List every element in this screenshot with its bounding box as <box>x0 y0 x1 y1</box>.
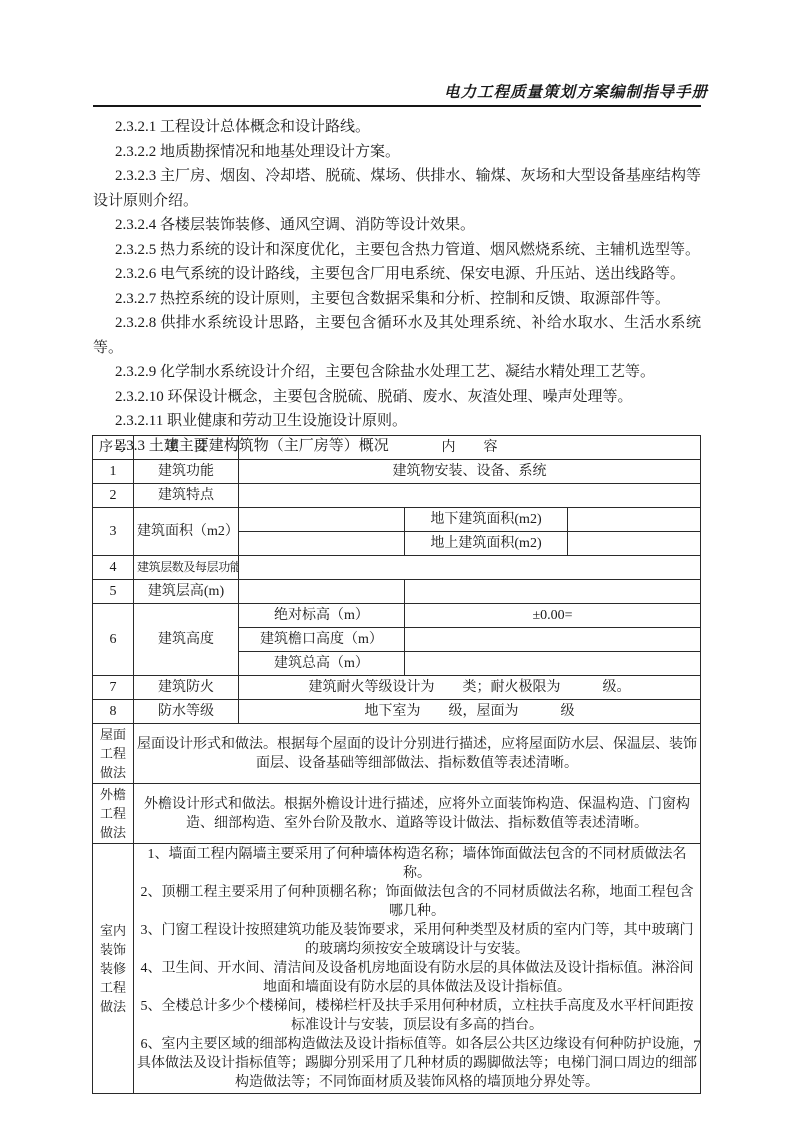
cell-r6-abs-label: 绝对标高（m） <box>239 604 405 628</box>
paragraph-2326: 2.3.2.6 电气系统的设计路线，主要包含厂用电系统、保安电源、升压站、送出线… <box>93 262 701 287</box>
table-row-2: 2 建筑特点 <box>93 484 701 508</box>
cell-r3-no: 3 <box>93 508 134 556</box>
cell-r3-below-value <box>568 508 701 532</box>
cell-r2-no: 2 <box>93 484 134 508</box>
table-row-interior: 室内装饰装修工程做法 1、墙面工程内隔墙主要采用了何种墙体构造名称；墙体饰面做法… <box>93 844 701 1094</box>
cell-r4-content <box>239 556 701 580</box>
cell-r3-below-label: 地下建筑面积(m2) <box>405 508 568 532</box>
cell-roof-label: 屋面工程做法 <box>93 724 134 784</box>
cell-r1-content: 建筑物安装、设备、系统 <box>239 460 701 484</box>
cell-interior-content: 1、墙面工程内隔墙主要采用了何种墙体构造名称；墙体饰面做法包含的不同材质做法名称… <box>134 844 701 1094</box>
cell-r6-total-value <box>405 652 701 676</box>
cell-r5-blank-left <box>239 580 405 604</box>
cell-r3-above-label: 地上建筑面积(m2) <box>405 532 568 556</box>
cell-r7-item: 建筑防火 <box>134 676 239 700</box>
cell-interior-label: 室内装饰装修工程做法 <box>93 844 134 1094</box>
cell-r3-blank-left <box>239 508 405 532</box>
cell-r6-no: 6 <box>93 604 134 676</box>
table-row-1: 1 建筑功能 建筑物安装、设备、系统 <box>93 460 701 484</box>
table-row-eaves: 外檐工程做法 外檐设计形式和做法。根据外檐设计进行描述，应将外立面装饰构造、保温… <box>93 784 701 844</box>
cell-r6-abs-value: ±0.00= <box>405 604 701 628</box>
cell-r2-content <box>239 484 701 508</box>
cell-r3-above-value <box>568 532 701 556</box>
table-row-8: 8 防水等级 地下室为 级，屋面为 级 <box>93 700 701 724</box>
cell-r3-item: 建筑面积（m2） <box>134 508 239 556</box>
cell-r1-item: 建筑功能 <box>134 460 239 484</box>
paragraph-2328: 2.3.2.8 供排水系统设计思路，主要包含循环水及其处理系统、补给水取水、生活… <box>93 311 701 360</box>
cell-r7-no: 7 <box>93 676 134 700</box>
paragraph-2324: 2.3.2.4 各楼层装饰装修、通风空调、消防等设计效果。 <box>93 213 701 238</box>
paragraph-2322: 2.3.2.2 地质勘探情况和地基处理设计方案。 <box>93 140 701 165</box>
interior-item-5: 5、全楼总计多少个楼梯间，楼梯栏杆及扶手采用何种材质，立柱扶手高度及水平杆间距按… <box>137 997 697 1035</box>
cell-r6-eave-value <box>405 628 701 652</box>
cell-r6-item: 建筑高度 <box>134 604 239 676</box>
running-header-title: 电力工程质量策划方案编制指导手册 <box>93 80 708 102</box>
interior-item-2: 2、顶棚工程主要采用了何种顶棚名称；饰面做法包含的不同材质做法名称，地面工程包含… <box>137 883 697 921</box>
table-row-5: 5 建筑层高(m) <box>93 580 701 604</box>
cell-r4-item: 建筑层数及每层功能 <box>134 556 239 580</box>
cell-r5-blank-right <box>405 580 701 604</box>
interior-item-1: 1、墙面工程内隔墙主要采用了何种墙体构造名称；墙体饰面做法包含的不同材质做法名称… <box>137 845 697 883</box>
header-index-cell: 序号 <box>93 436 134 460</box>
cell-eaves-content: 外檐设计形式和做法。根据外檐设计进行描述，应将外立面装饰构造、保温构造、门窗构造… <box>134 784 701 844</box>
paragraph-2325: 2.3.2.5 热力系统的设计和深度优化，主要包含热力管道、烟风燃烧系统、主辅机… <box>93 238 701 263</box>
cell-eaves-label: 外檐工程做法 <box>93 784 134 844</box>
cell-r1-no: 1 <box>93 460 134 484</box>
body-paragraphs: 2.3.2.1 工程设计总体概念和设计路线。 2.3.2.2 地质勘探情况和地基… <box>93 115 701 458</box>
cell-r3-blank-left2 <box>239 532 405 556</box>
building-overview-table: 序号 项 目 内 容 1 建筑功能 建筑物安装、设备、系统 2 建筑特点 3 建… <box>92 435 701 1094</box>
header-rule <box>93 105 701 107</box>
paragraph-2323: 2.3.2.3 主厂房、烟囱、冷却塔、脱硫、煤场、供排水、输煤、灰场和大型设备基… <box>93 164 701 213</box>
header-content-cell: 内 容 <box>239 436 701 460</box>
interior-item-4: 4、卫生间、开水间、清洁间及设备机房地面设有防水层的具体做法及设计指标值。淋浴间… <box>137 959 697 997</box>
page-number: 7 <box>93 1038 701 1056</box>
paragraph-2321: 2.3.2.1 工程设计总体概念和设计路线。 <box>93 115 701 140</box>
cell-r6-eave-label: 建筑檐口高度（m） <box>239 628 405 652</box>
cell-r8-content: 地下室为 级，屋面为 级 <box>239 700 701 724</box>
paragraph-23211: 2.3.2.11 职业健康和劳动卫生设施设计原则。 <box>93 409 701 434</box>
table-header-row: 序号 项 目 内 容 <box>93 436 701 460</box>
table-row-6a: 6 建筑高度 绝对标高（m） ±0.00= <box>93 604 701 628</box>
table-row-7: 7 建筑防火 建筑耐火等级设计为 类；耐火极限为 级。 <box>93 676 701 700</box>
table-row-4: 4 建筑层数及每层功能 <box>93 556 701 580</box>
table-row-3a: 3 建筑面积（m2） 地下建筑面积(m2) <box>93 508 701 532</box>
cell-r6-total-label: 建筑总高（m） <box>239 652 405 676</box>
cell-r7-content: 建筑耐火等级设计为 类；耐火极限为 级。 <box>239 676 701 700</box>
document-page: 电力工程质量策划方案编制指导手册 2.3.2.1 工程设计总体概念和设计路线。 … <box>0 0 794 1123</box>
paragraph-23210: 2.3.2.10 环保设计概念，主要包含脱硫、脱硝、废水、灰渣处理、噪声处理等。 <box>93 385 701 410</box>
interior-item-3: 3、门窗工程设计按照建筑功能及装饰要求，采用何种类型及材质的室内门等，其中玻璃门… <box>137 921 697 959</box>
header-item-cell: 项 目 <box>134 436 239 460</box>
cell-r8-no: 8 <box>93 700 134 724</box>
paragraph-2327: 2.3.2.7 热控系统的设计原则，主要包含数据采集和分析、控制和反馈、取源部件… <box>93 287 701 312</box>
table-row-roof: 屋面工程做法 屋面设计形式和做法。根据每个屋面的设计分别进行描述，应将屋面防水层… <box>93 724 701 784</box>
cell-r5-no: 5 <box>93 580 134 604</box>
paragraph-2329: 2.3.2.9 化学制水系统设计介绍，主要包含除盐水处理工艺、凝结水精处理工艺等… <box>93 360 701 385</box>
cell-r8-item: 防水等级 <box>134 700 239 724</box>
cell-r2-item: 建筑特点 <box>134 484 239 508</box>
cell-r4-no: 4 <box>93 556 134 580</box>
cell-roof-content: 屋面设计形式和做法。根据每个屋面的设计分别进行描述，应将屋面防水层、保温层、装饰… <box>134 724 701 784</box>
cell-r5-item: 建筑层高(m) <box>134 580 239 604</box>
